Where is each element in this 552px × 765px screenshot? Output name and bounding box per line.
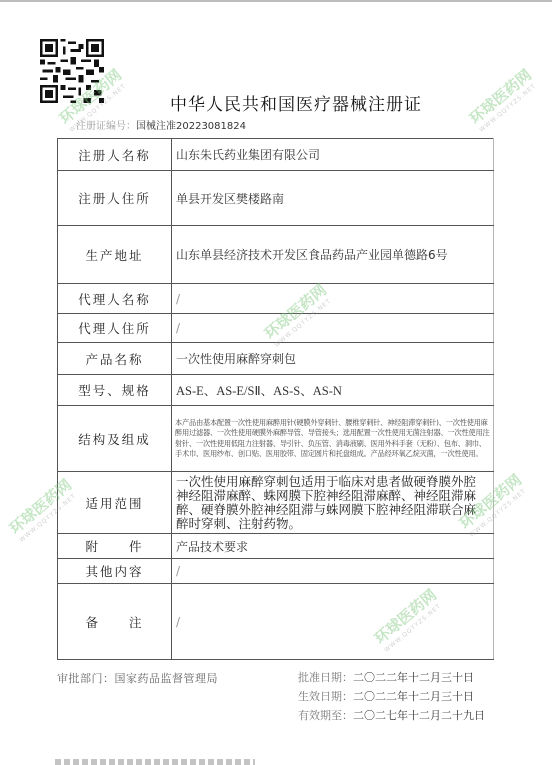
effective-date: 生效日期：二〇二二年十二月三十日 — [298, 687, 485, 706]
table-row: 适用范围 一次性使用麻醉穿刺包适用于临床对患者做硬脊膜外腔神经阻滞麻醉、蛛网膜下… — [58, 472, 494, 534]
row-value: AS-E、AS-E/SⅡ、AS-S、AS-N — [172, 375, 494, 406]
approval-date-value: 二〇二二年十二月三十日 — [353, 671, 474, 684]
row-label: 型号、规格 — [58, 375, 172, 406]
row-value: 山东朱氏药业集团有限公司 — [172, 139, 494, 171]
row-value: / — [172, 284, 494, 314]
row-label: 适用范围 — [58, 472, 172, 534]
dates-block: 批准日期：二〇二二年十二月三十日 生效日期：二〇二二年十二月三十日 有效期至：二… — [298, 668, 485, 725]
row-value: / — [172, 584, 494, 660]
certificate-table: 注册人名称 山东朱氏药业集团有限公司 注册人住所 单县开发区樊楼路南 生产地址 … — [57, 138, 494, 660]
row-value: 产品技术要求 — [172, 534, 494, 559]
table-row: 生产地址 山东单县经济技术开发区食品药品产业园单德路6号 — [58, 226, 494, 284]
effective-date-value: 二〇二二年十二月三十日 — [353, 690, 474, 703]
row-value: 本产品由基本配置一次性使用麻醉用针(硬膜外穿刺针、腰椎穿刺针、神经阻滞穿刺针)、… — [172, 406, 494, 472]
table-row: 附 件 产品技术要求 — [58, 534, 494, 559]
row-value: / — [172, 559, 494, 584]
approval-department: 审批部门：国家药品监督管理局 — [57, 670, 218, 686]
row-label: 备 注 — [58, 584, 172, 660]
row-label: 注册人住所 — [58, 171, 172, 226]
table-row: 代理人住所 / — [58, 314, 494, 343]
expiry-date-label: 有效期至： — [298, 709, 353, 722]
table-row: 其他内容 / — [58, 559, 494, 584]
table-row: 备 注 / — [58, 584, 494, 660]
table-row: 注册人名称 山东朱氏药业集团有限公司 — [58, 139, 494, 171]
expiry-date-value: 二〇二七年十二月二十九日 — [353, 709, 485, 722]
approval-department-label: 审批部门： — [57, 672, 115, 685]
effective-date-label: 生效日期： — [298, 690, 353, 703]
row-label: 生产地址 — [58, 226, 172, 284]
approval-date-label: 批准日期： — [298, 671, 353, 684]
row-label: 产品名称 — [58, 343, 172, 375]
table-row: 结构及组成 本产品由基本配置一次性使用麻醉用针(硬膜外穿刺针、腰椎穿刺针、神经阻… — [58, 406, 494, 472]
cut-off-text — [55, 759, 255, 765]
row-label: 其他内容 — [58, 559, 172, 584]
registration-number: 注册证编号：国械注准20223081824 — [76, 117, 246, 132]
registration-number-label: 注册证编号： — [76, 121, 136, 132]
page-title: 中华人民共和国医疗器械注册证 — [0, 90, 552, 115]
row-value: 一次性使用麻醉穿刺包 — [172, 343, 494, 375]
registration-number-value: 国械注准20223081824 — [136, 121, 246, 132]
approval-department-value: 国家药品监督管理局 — [115, 672, 219, 685]
table-row: 产品名称 一次性使用麻醉穿刺包 — [58, 343, 494, 375]
row-label: 注册人名称 — [58, 139, 172, 171]
table-row: 注册人住所 单县开发区樊楼路南 — [58, 171, 494, 226]
row-value: 山东单县经济技术开发区食品药品产业园单德路6号 — [172, 226, 494, 284]
table-row: 代理人名称 / — [58, 284, 494, 314]
row-label: 结构及组成 — [58, 406, 172, 472]
row-label: 代理人住所 — [58, 314, 172, 343]
row-value: / — [172, 314, 494, 343]
expiry-date: 有效期至：二〇二七年十二月二十九日 — [298, 706, 485, 725]
row-value: 一次性使用麻醉穿刺包适用于临床对患者做硬脊膜外腔神经阻滞麻醉、蛛网膜下腔神经阻滞… — [172, 472, 494, 534]
row-label: 代理人名称 — [58, 284, 172, 314]
row-label: 附 件 — [58, 534, 172, 559]
top-border — [0, 0, 552, 2]
approval-date: 批准日期：二〇二二年十二月三十日 — [298, 668, 485, 687]
row-value: 单县开发区樊楼路南 — [172, 171, 494, 226]
table-row: 型号、规格 AS-E、AS-E/SⅡ、AS-S、AS-N — [58, 375, 494, 406]
